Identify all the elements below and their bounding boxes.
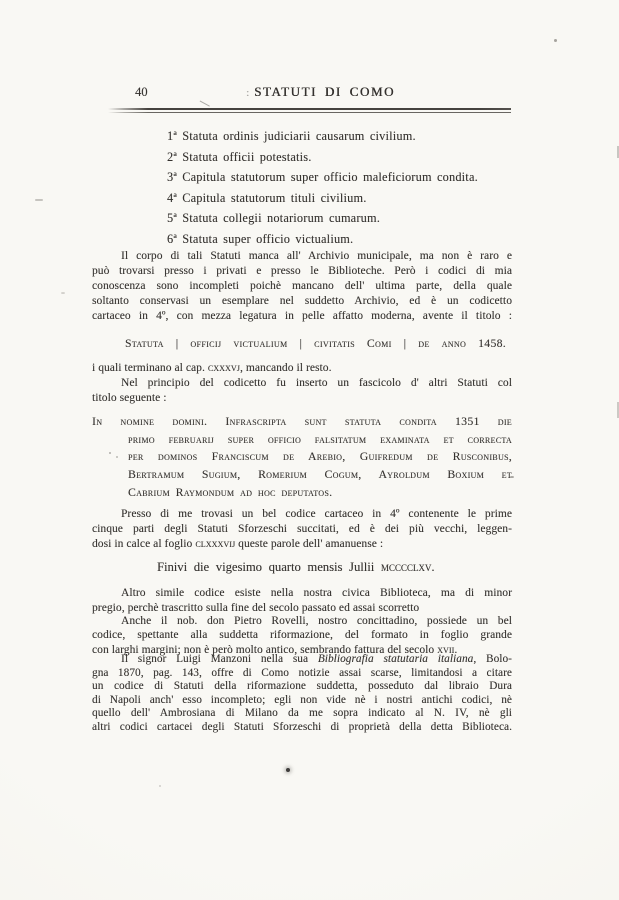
finivi-colophon-line: Finivi die vigesimo quarto mensis Jullii… (92, 560, 512, 575)
rubric-text: Cabrium Raymondum ad hoc deputatos. (128, 486, 332, 499)
text-line: quello dell' Ambrosiana di Milano da me … (92, 707, 512, 721)
scan-speck (116, 456, 118, 458)
index-item: 5ª Statuta collegii notariorum cumarum. (92, 208, 512, 229)
scan-speck (61, 292, 65, 294)
index-item: 2ª Statuta officii potestatis. (92, 147, 512, 168)
text-line: Il signor Luigi Manzoni nella sua Biblio… (92, 653, 512, 667)
text-segment: , Bolo- (473, 653, 512, 665)
text-line: conoscenza sono incompleti poichè mancan… (92, 279, 512, 294)
statute-index-list: 1ª Statuta ordinis judiciarii causarum c… (92, 126, 512, 250)
index-item: 6ª Statuta super officio victualium. (92, 229, 512, 250)
text-segment: . (431, 560, 434, 574)
text-line: un codice di Statuti della riformazione … (92, 680, 512, 694)
text-segment: dosi in calce al foglio (92, 538, 195, 550)
book-title-italic: Bibliografia statutaria italiana (318, 653, 474, 665)
rubric-line: primo februarij super officio falsitatum… (92, 431, 512, 449)
text-line: di Napoli anch' esso incompleto; egli no… (92, 694, 512, 708)
rubric-text: primo februarij super officio falsitatum… (128, 433, 512, 446)
scan-speck (510, 476, 514, 478)
index-item: 3ª Capitula statutorum super officio mal… (92, 167, 512, 188)
scan-speck (35, 199, 43, 201)
roman-numeral: mcccclxv (381, 560, 432, 574)
scan-speck (286, 768, 290, 772)
text-line: codice, spettante alla suddetta riformaz… (92, 628, 512, 642)
text-line: può trovarsi presso i privati e presso l… (92, 264, 512, 279)
running-title: :STATUTI DI COMO (246, 84, 395, 100)
text-line: titolo seguente : (92, 391, 512, 406)
text-segment: Finivi die vigesimo quarto mensis Jullii (157, 560, 381, 574)
paragraph-corpo: Il corpo di tali Statuti manca all' Arch… (92, 249, 512, 324)
index-item: 1ª Statuta ordinis judiciarii causarum c… (92, 126, 512, 147)
paragraph-anche: Anche il nob. don Pietro Rovelli, nostro… (92, 614, 512, 657)
text-segment: Il signor Luigi Manzoni nella sua (121, 653, 318, 665)
header-rule-bottom (108, 112, 511, 113)
rubric-text: per dominos Franciscum de Arebio, Guifre… (128, 450, 512, 463)
rubric-line: In nomine domini. Infrascripta sunt stat… (92, 413, 512, 431)
scanned-book-page: 40 :STATUTI DI COMO 1ª Statuta ordinis j… (0, 0, 619, 900)
running-title-text: STATUTI DI COMO (254, 84, 395, 99)
index-item: 4ª Capitula statutorum tituli civilium. (92, 188, 512, 209)
text-segment: queste parole dell' amanuense : (235, 538, 383, 550)
roman-numeral: cxxxvj (208, 362, 240, 374)
text-line: cartaceo in 4º, con mezza legatura in pe… (92, 309, 512, 324)
text-line: gna 1870, pag. 143, offre di Como notizi… (92, 667, 512, 681)
text-line: dosi in calce al foglio clxxxvij queste … (92, 537, 512, 552)
scan-speck (159, 785, 161, 787)
scan-speck (109, 452, 111, 454)
rubric-text: Bertramum Sugium, Romerium Cogum, Ayrold… (128, 468, 512, 481)
rubric-line: Bertramum Sugium, Romerium Cogum, Ayrold… (92, 466, 512, 484)
text-line: Presso di me trovasi un bel codice carta… (92, 507, 512, 522)
paragraph-presso: Presso di me trovasi un bel codice carta… (92, 507, 512, 552)
text-line: soltanto conservasi un esemplare nel sud… (92, 294, 512, 309)
text-line: Anche il nob. don Pietro Rovelli, nostro… (92, 614, 512, 628)
codicetto-title-text: Statuta | officij victualium | civitatis… (125, 337, 506, 350)
paragraph-quali: i quali terminano al cap. cxxxvj, mancan… (92, 361, 512, 376)
header-rule-top (108, 108, 511, 110)
rubric-text: In nomine domini. Infrascripta sunt stat… (92, 415, 512, 428)
latin-rubric-block: In nomine domini. Infrascripta sunt stat… (92, 413, 512, 502)
codicetto-title-line: Statuta | officij victualium | civitatis… (92, 336, 506, 351)
paragraph-altro: Altro simile codice esiste nella nostra … (92, 586, 512, 616)
text-segment: , mancando il resto. (240, 362, 332, 374)
scan-speck (554, 39, 557, 42)
text-line: Nel principio del codicetto fu inserto u… (92, 376, 512, 391)
text-segment: i quali terminano al cap. (92, 362, 208, 374)
scan-blemish (199, 101, 210, 108)
rubric-line: Cabrium Raymondum ad hoc deputatos. (92, 484, 512, 502)
page-number: 40 (135, 85, 148, 100)
text-line: altri codici cartacei degli Statuti Sfor… (92, 721, 512, 735)
paragraph-principio: Nel principio del codicetto fu inserto u… (92, 376, 512, 406)
scan-mark: : (246, 87, 249, 99)
rubric-line: per dominos Franciscum de Arebio, Guifre… (92, 448, 512, 466)
text-line: cinque parti degli Statuti Sforzeschi su… (92, 522, 512, 537)
text-line: Il corpo di tali Statuti manca all' Arch… (92, 249, 512, 264)
text-line: Altro simile codice esiste nella nostra … (92, 586, 512, 601)
paragraph-manzoni: Il signor Luigi Manzoni nella sua Biblio… (92, 653, 512, 735)
roman-numeral: clxxxvij (195, 538, 235, 550)
